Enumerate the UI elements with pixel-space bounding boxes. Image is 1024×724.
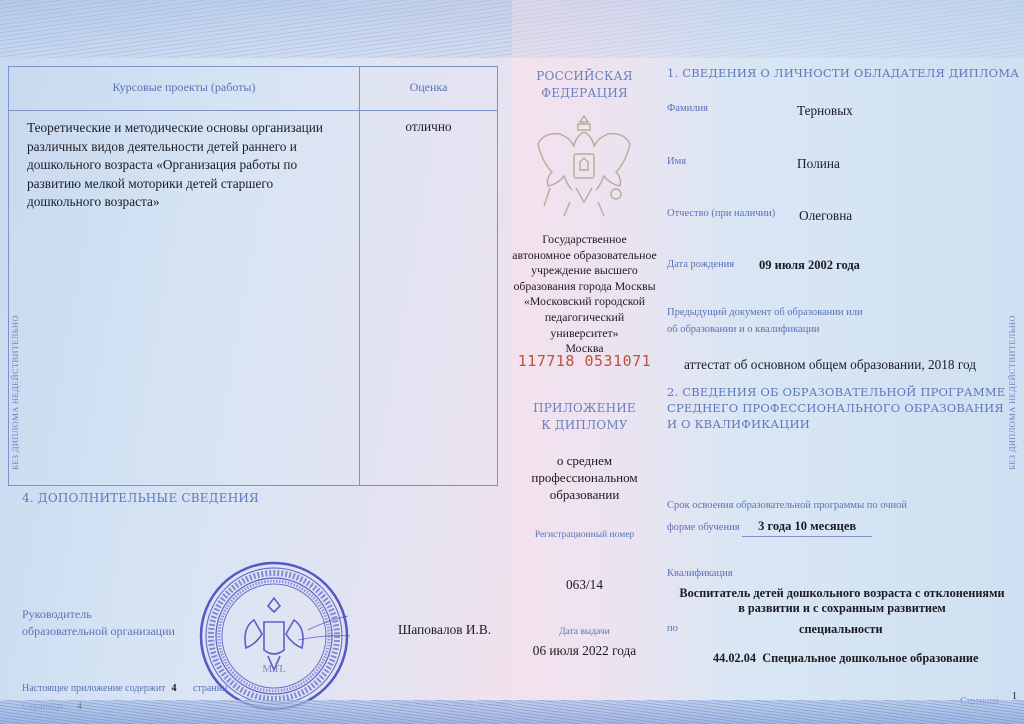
section2-line: И О КВАЛИФИКАЦИИ (667, 416, 1005, 432)
qualification-line1: Воспитатель детей дошкольного возраста с… (667, 586, 1017, 601)
svg-text:М.П.: М.П. (262, 663, 285, 675)
patronymic-label: Отчество (при наличии) (667, 208, 775, 219)
duration: 3 года 10 месяцев (742, 516, 872, 537)
course-projects-table: Курсовые проекты (работы) Оценка Теорети… (8, 66, 498, 486)
prev-document: аттестат об основном общем образовании, … (684, 357, 976, 373)
given-name: Полина (797, 156, 840, 172)
country-line1: РОССИЙСКАЯ (512, 68, 657, 85)
section2-line: СРЕДНЕГО ПРОФЕССИОНАЛЬНОГО ОБРАЗОВАНИЯ (667, 400, 1005, 416)
prev-doc-label-line1: Предыдущий документ об образовании или (667, 304, 863, 321)
pages-count-value: 4 (171, 683, 176, 694)
head-label-line1: Руководитель (22, 606, 175, 623)
side-note-right: БЕЗ ДИПЛОМА НЕДЕЙСТВИТЕЛЬНО (1007, 315, 1017, 470)
reg-number: 063/14 (512, 577, 657, 593)
pages-count: Настоящее приложение содержит4 страниц (22, 683, 227, 694)
organization-name: Государственное автономное образовательн… (512, 232, 657, 357)
level-line: профессиональном (512, 469, 657, 486)
surname-label: Фамилия (667, 103, 708, 114)
org-line: «Московский городской (512, 294, 657, 310)
qualification-label: Квалификация (667, 568, 733, 579)
course-project-title: Теоретические и методические основы орга… (27, 119, 347, 212)
guilloche-bottom (512, 700, 1024, 724)
org-line: Государственное (512, 232, 657, 248)
org-line: университет» (512, 326, 657, 342)
patronymic: Олеговна (799, 208, 852, 224)
prev-document-label: Предыдущий документ об образовании или о… (667, 304, 863, 338)
issue-date: 06 июля 2022 года (512, 643, 657, 659)
birthdate: 09 июля 2002 года (759, 258, 860, 273)
serial-number: 117718 0531071 (512, 352, 657, 370)
prev-doc-label-line2: об образовании и о квалификации (667, 321, 863, 338)
duration-label-line1: Срок освоения образовательной программы … (667, 496, 907, 516)
section2-line: 2. СВЕДЕНИЯ ОБ ОБРАЗОВАТЕЛЬНОЙ ПРОГРАММЕ (667, 384, 1005, 400)
duration-label: Срок освоения образовательной программы … (667, 496, 907, 538)
country-title: РОССИЙСКАЯ ФЕДЕРАЦИЯ (512, 68, 657, 102)
pages-count-suffix: страниц (193, 683, 227, 694)
section2-title: 2. СВЕДЕНИЯ ОБ ОБРАЗОВАТЕЛЬНОЙ ПРОГРАММЕ… (667, 384, 1005, 432)
education-level: о среднем профессиональном образовании (512, 452, 657, 503)
specialty-word: специальности (799, 622, 883, 637)
level-line: образовании (512, 486, 657, 503)
duration-label-line2: форме обучения (667, 522, 740, 533)
qualification: Воспитатель детей дошкольного возраста с… (667, 586, 1017, 616)
section1-title: 1. СВЕДЕНИЯ О ЛИЧНОСТИ ОБЛАДАТЕЛЯ ДИПЛОМ… (667, 66, 1019, 80)
specialty: 44.02.04 Специальное дошкольное образова… (713, 651, 978, 666)
left-page: БЕЗ ДИПЛОМА НЕДЕЙСТВИТЕЛЬНО Курсовые про… (0, 0, 512, 724)
guilloche-bottom (0, 700, 512, 724)
header-course-projects: Курсовые проекты (работы) (9, 80, 359, 95)
by-label: по (667, 623, 678, 634)
org-line: педагогический (512, 310, 657, 326)
head-label-line2: образовательной организации (22, 623, 175, 640)
country-line2: ФЕДЕРАЦИЯ (512, 85, 657, 102)
reg-number-label: Регистрационный номер (512, 530, 657, 540)
guilloche-top (0, 0, 512, 58)
surname: Терновых (797, 103, 853, 119)
head-of-organization-label: Руководитель образовательной организации (22, 606, 175, 640)
org-line: автономное образовательное (512, 248, 657, 264)
qualification-line2: в развитии и с сохранным развитием (667, 601, 1017, 616)
section4-title: 4. ДОПОЛНИТЕЛЬНЫЕ СВЕДЕНИЯ (22, 491, 259, 505)
issue-date-label: Дата выдачи (512, 627, 657, 637)
right-page: РОССИЙСКАЯ ФЕДЕРАЦИЯ Государственное авт… (512, 0, 1024, 724)
head-of-organization-name: Шаповалов И.В. (398, 622, 491, 638)
name-label: Имя (667, 156, 686, 167)
appendix-line1: ПРИЛОЖЕНИЕ (512, 400, 657, 417)
pages-count-label: Настоящее приложение содержит (22, 683, 165, 694)
course-project-grade: отлично (360, 119, 497, 135)
appendix-title: ПРИЛОЖЕНИЕ К ДИПЛОМУ (512, 400, 657, 434)
level-line: о среднем (512, 452, 657, 469)
guilloche-top (512, 0, 1024, 58)
org-line: образования города Москвы (512, 279, 657, 295)
header-grade: Оценка (360, 80, 497, 95)
appendix-line2: К ДИПЛОМУ (512, 417, 657, 434)
coat-of-arms-icon (534, 112, 634, 222)
org-line: учреждение высшего (512, 263, 657, 279)
birthdate-label: Дата рождения (667, 259, 734, 270)
